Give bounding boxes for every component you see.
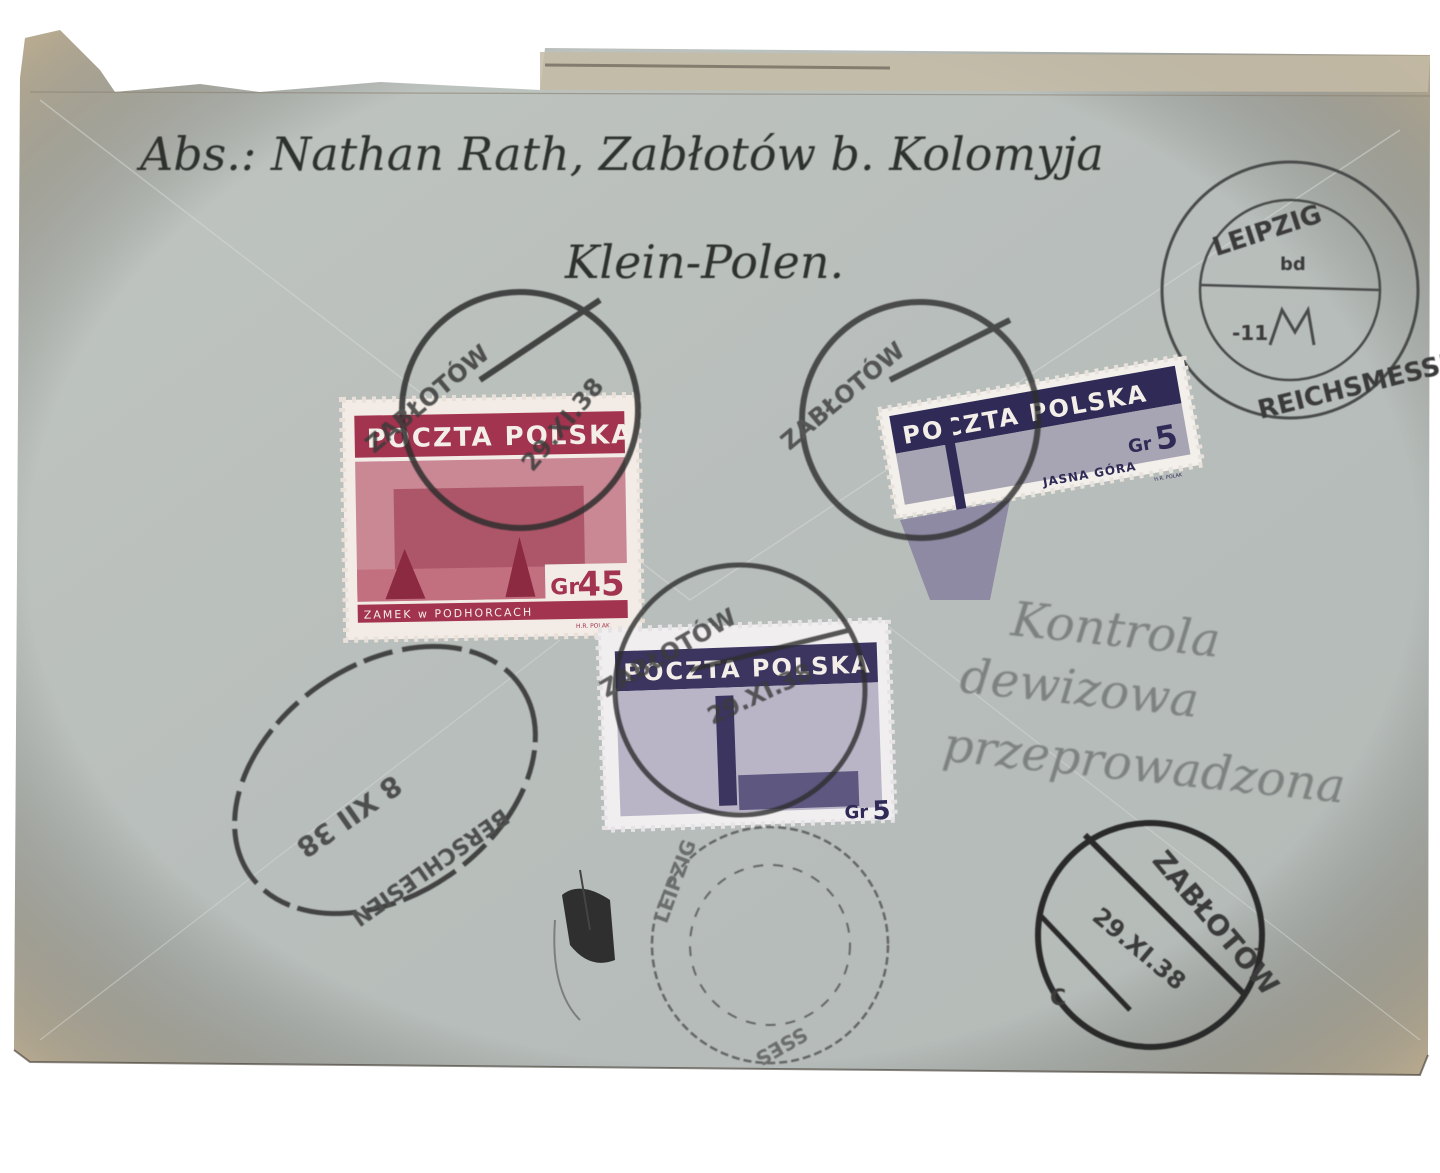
envelope-photo: Abs.: Nathan Rath, Zabłotów b. Kolomyja … — [0, 0, 1440, 1173]
stamp-45-value: 45 — [577, 564, 625, 605]
sender-line-2: Klein-Polen. — [564, 235, 844, 289]
stamp-5b-value: 5 — [872, 796, 891, 827]
stamp-5a-currency: Gr — [1127, 433, 1154, 458]
sender-line-1: Abs.: Nathan Rath, Zabłotów b. Kolomyja — [136, 127, 1104, 181]
leipzig-date: -11 — [1232, 321, 1268, 345]
stamp-45-imprint: H.R. POLAK — [576, 622, 611, 630]
stamp-45-currency: Gr — [550, 575, 579, 601]
leipzig-code: bd — [1280, 254, 1306, 275]
stamp-5b-currency: Gr — [844, 802, 868, 824]
zablotow-4-suffix: C — [1050, 986, 1066, 1011]
